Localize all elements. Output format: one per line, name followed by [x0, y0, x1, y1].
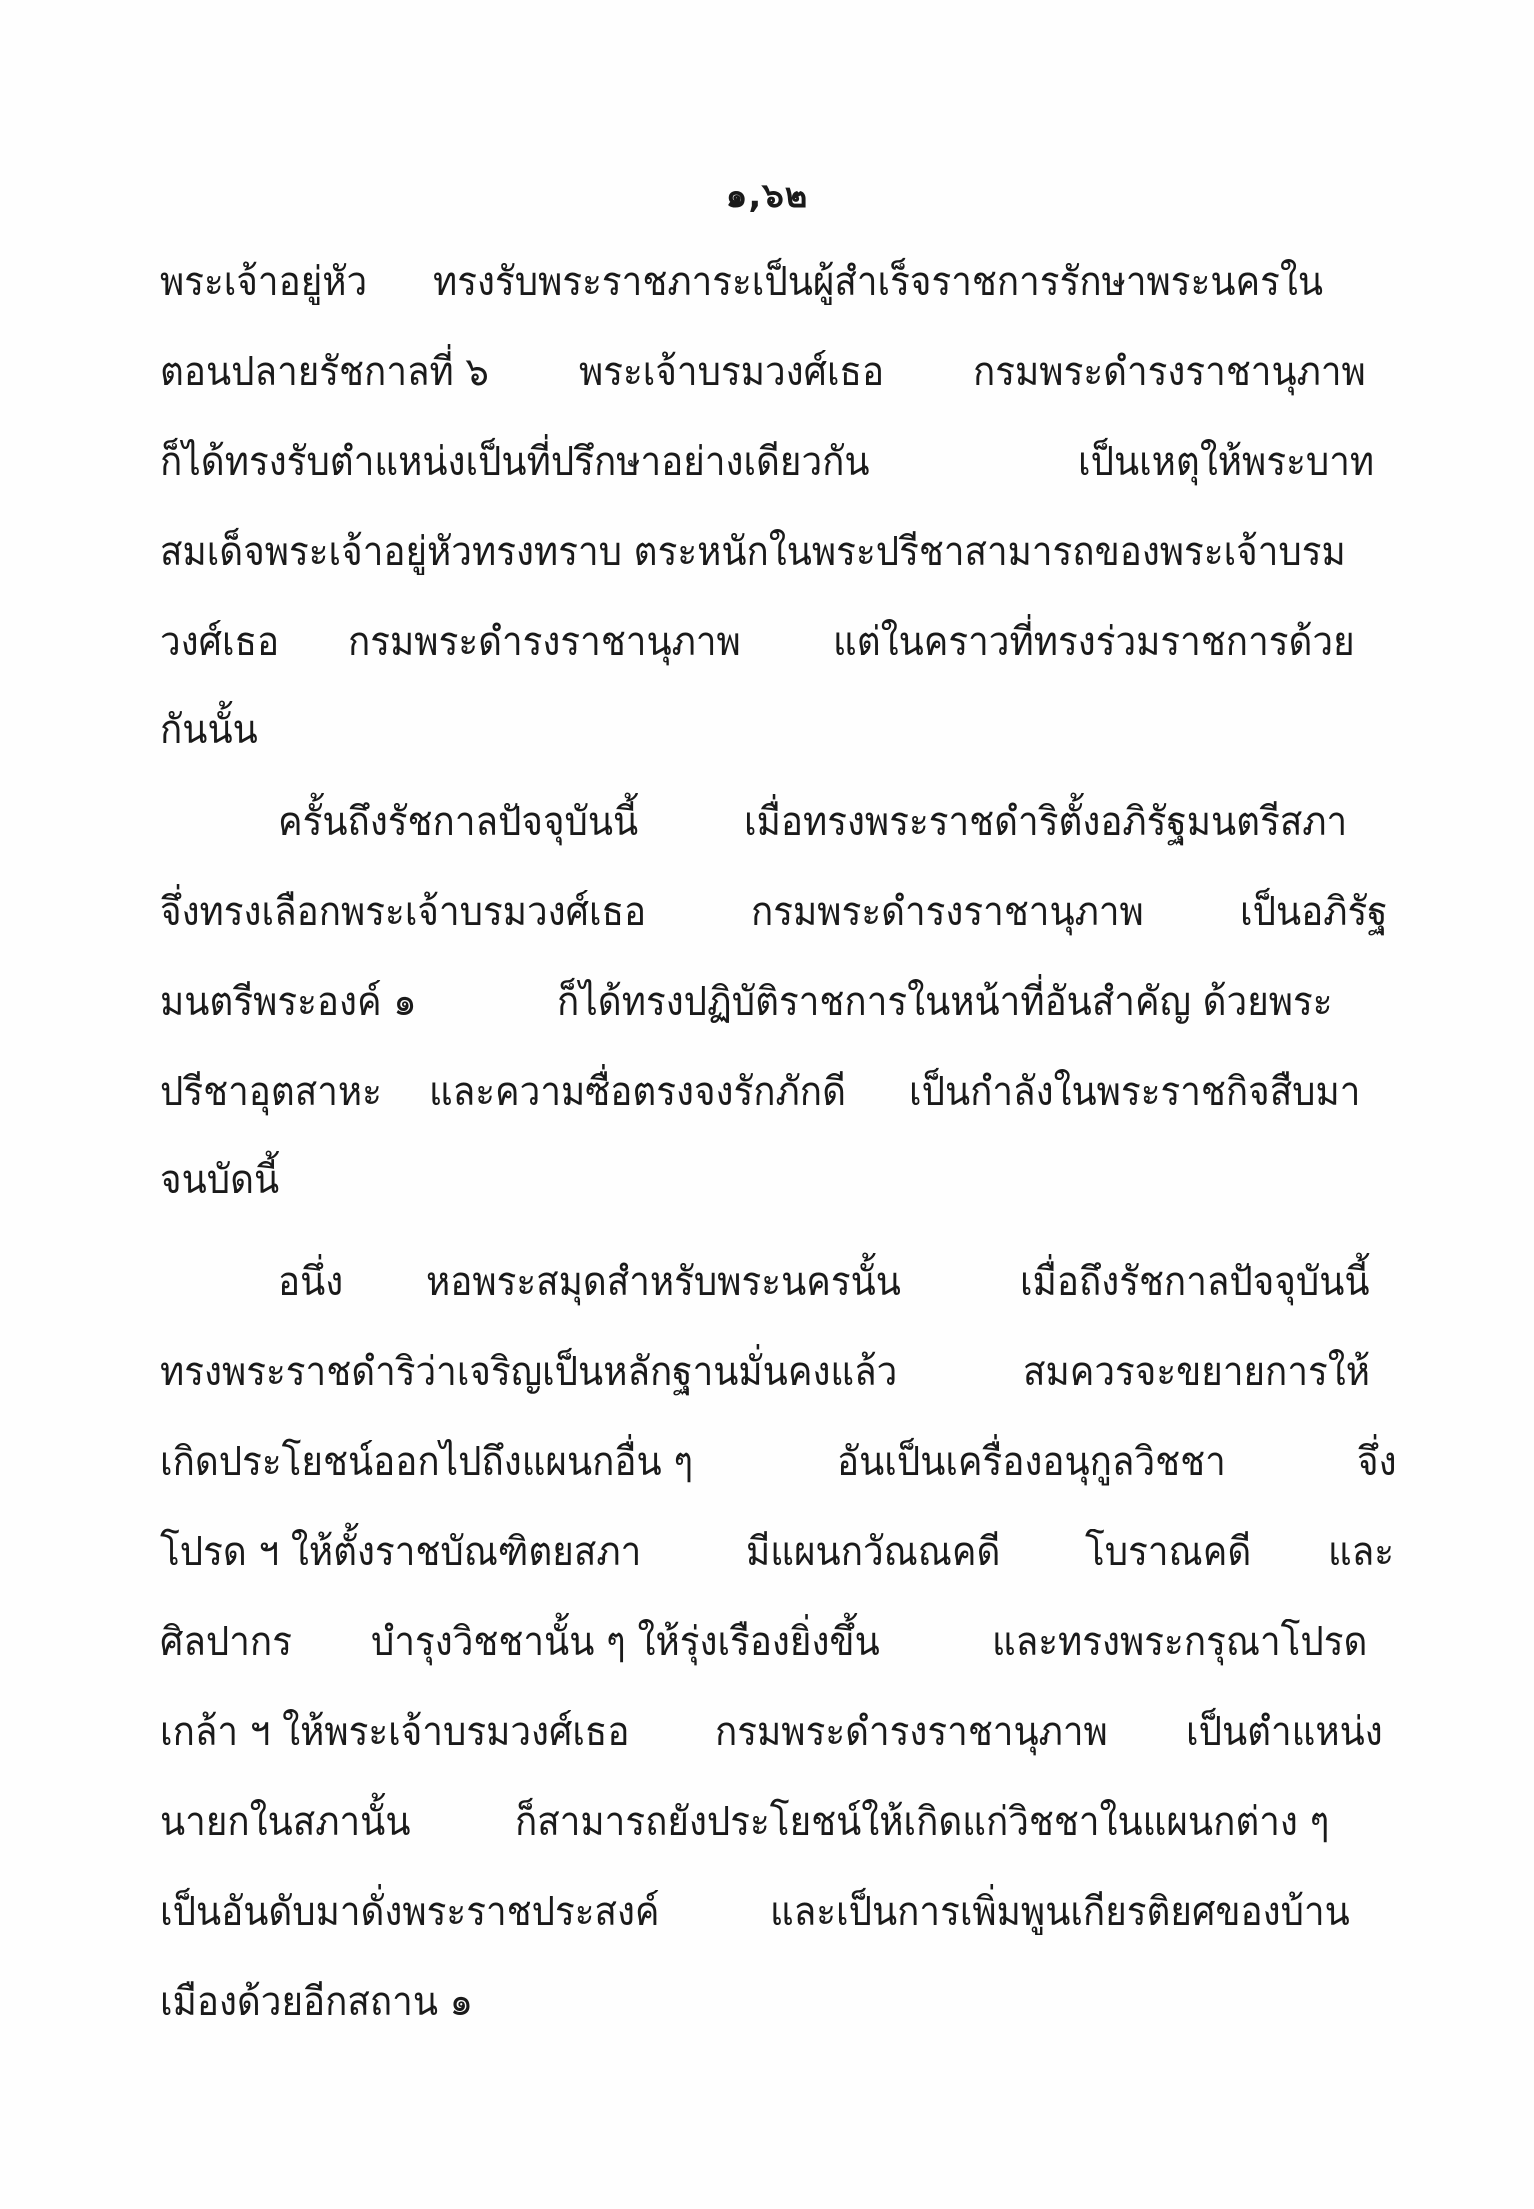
text-segment: สมควรจะขยายการให้ — [1023, 1342, 1370, 1402]
text-segment: ศิลปากร — [160, 1612, 292, 1672]
text-segment: ตอนปลายรัชกาลที่ ๖ — [160, 342, 489, 402]
text-segment: กรมพระดำรงราชานุภาพ — [348, 612, 741, 672]
text-segment: เป็นอภิรัฐ — [1240, 882, 1388, 942]
text-segment: เป็นกำลังในพระราชกิจสืบมา — [909, 1062, 1360, 1122]
text-segment: บำรุงวิชชานั้น ๆ ให้รุ่งเรืองยิ่งขึ้น — [371, 1612, 880, 1672]
text-segment: สมเด็จพระเจ้าอยู่หัวทรงทราบ ตระหนักในพระ… — [160, 522, 1346, 582]
text-segment: จนบัดนี้ — [160, 1150, 279, 1210]
text-segment: เป็นอันดับมาดั่งพระราชประสงค์ — [160, 1882, 660, 1942]
text-segment: ครั้นถึงรัชกาลปัจจุบันนี้ — [278, 792, 638, 852]
text-line: ครั้นถึงรัชกาลปัจจุบันนี้ เมื่อทรงพระราช… — [278, 792, 1400, 852]
text-line: มนตรีพระองค์ ๑ ก็ได้ทรงปฏิบัติราชการในหน… — [160, 972, 1400, 1032]
text-segment: มีแผนกวัณณคดี — [746, 1522, 1000, 1582]
text-segment: นายกในสภานั้น — [160, 1792, 410, 1852]
text-line: กันนั้น — [160, 700, 1400, 760]
scanned-page: ๑,๖๒ พระเจ้าอยู่หัว ทรงรับพระราชภาระเป็น… — [0, 0, 1534, 2209]
text-line: นายกในสภานั้น ก็สามารถยังประโยชน์ให้เกิด… — [160, 1792, 1400, 1852]
text-line: สมเด็จพระเจ้าอยู่หัวทรงทราบ ตระหนักในพระ… — [160, 522, 1400, 582]
text-line: ทรงพระราชดำริว่าเจริญเป็นหลักฐานมั่นคงแล… — [160, 1342, 1400, 1402]
text-segment: หอพระสมุดสำหรับพระนครนั้น — [426, 1252, 901, 1312]
text-segment: โบราณคดี — [1085, 1522, 1251, 1582]
text-segment: ทรงพระราชดำริว่าเจริญเป็นหลักฐานมั่นคงแล… — [160, 1342, 897, 1402]
text-segment: กรมพระดำรงราชานุภาพ — [973, 342, 1366, 402]
text-segment: เป็นตำแหน่ง — [1186, 1702, 1383, 1762]
text-segment: และ — [1328, 1522, 1394, 1582]
text-segment: เมื่อทรงพระราชดำริตั้งอภิรัฐมนตรีสภา — [744, 792, 1347, 852]
text-line: จนบัดนี้ — [160, 1150, 1400, 1210]
text-line: ก็ได้ทรงรับตำแหน่งเป็นที่ปรึกษาอย่างเดีย… — [160, 432, 1400, 492]
text-line: เป็นอันดับมาดั่งพระราชประสงค์ และเป็นการ… — [160, 1882, 1400, 1942]
text-line: ปรีชาอุตสาหะ และความซื่อตรงจงรักภักดี เป… — [160, 1062, 1400, 1122]
text-line: พระเจ้าอยู่หัว ทรงรับพระราชภาระเป็นผู้สำ… — [160, 252, 1400, 312]
text-segment: พระเจ้าอยู่หัว — [160, 252, 367, 312]
text-segment: ก็ได้ทรงปฏิบัติราชการในหน้าที่อันสำคัญ ด… — [557, 972, 1333, 1032]
text-line: โปรด ฯ ให้ตั้งราชบัณฑิตยสภา มีแผนกวัณณคด… — [160, 1522, 1400, 1582]
text-segment: พระเจ้าบรมวงศ์เธอ — [579, 342, 884, 402]
text-segment: อันเป็นเครื่องอนุกูลวิชชา — [837, 1432, 1226, 1492]
text-segment: โปรด ฯ ให้ตั้งราชบัณฑิตยสภา — [160, 1522, 641, 1582]
text-segment: และเป็นการเพิ่มพูนเกียรติยศของบ้าน — [770, 1882, 1350, 1942]
text-segment: ปรีชาอุตสาหะ — [160, 1062, 382, 1122]
text-segment: กันนั้น — [160, 700, 258, 760]
text-segment: มนตรีพระองค์ ๑ — [160, 972, 417, 1032]
text-segment: ก็สามารถยังประโยชน์ให้เกิดแก่วิชชาในแผนก… — [515, 1792, 1329, 1852]
text-segment: เกิดประโยชน์ออกไปถึงแผนกอื่น ๆ — [160, 1432, 693, 1492]
text-line: ตอนปลายรัชกาลที่ ๖ พระเจ้าบรมวงศ์เธอ กรม… — [160, 342, 1400, 402]
text-line: อนึ่ง หอพระสมุดสำหรับพระนครนั้น เมื่อถึง… — [278, 1252, 1400, 1312]
text-line: วงศ์เธอ กรมพระดำรงราชานุภาพ แต่ในคราวที่… — [160, 612, 1400, 672]
text-line: ศิลปากร บำรุงวิชชานั้น ๆ ให้รุ่งเรืองยิ่… — [160, 1612, 1400, 1672]
text-segment: กรมพระดำรงราชานุภาพ — [715, 1702, 1108, 1762]
text-segment: เป็นเหตุให้พระบาท — [1078, 432, 1374, 492]
text-segment: จึ่งทรงเลือกพระเจ้าบรมวงศ์เธอ — [160, 882, 646, 942]
text-line: เกล้า ฯ ให้พระเจ้าบรมวงศ์เธอ กรมพระดำรงร… — [160, 1702, 1400, 1762]
text-segment: ทรงรับพระราชภาระเป็นผู้สำเร็จราชการรักษา… — [433, 252, 1323, 312]
text-line: เกิดประโยชน์ออกไปถึงแผนกอื่น ๆ อันเป็นเค… — [160, 1432, 1400, 1492]
page-number: ๑,๖๒ — [0, 168, 1534, 222]
text-segment: เกล้า ฯ ให้พระเจ้าบรมวงศ์เธอ — [160, 1702, 629, 1762]
text-line: เมืองด้วยอีกสถาน ๑ — [160, 1972, 1400, 2032]
text-segment: และทรงพระกรุณาโปรด — [992, 1612, 1367, 1672]
text-segment: ก็ได้ทรงรับตำแหน่งเป็นที่ปรึกษาอย่างเดีย… — [160, 432, 870, 492]
text-segment: แต่ในคราวที่ทรงร่วมราชการด้วย — [833, 612, 1355, 672]
text-segment: เมืองด้วยอีกสถาน ๑ — [160, 1972, 473, 2032]
text-line: จึ่งทรงเลือกพระเจ้าบรมวงศ์เธอ กรมพระดำรง… — [160, 882, 1400, 942]
text-segment: และความซื่อตรงจงรักภักดี — [429, 1062, 846, 1122]
text-segment: จึ่ง — [1357, 1432, 1397, 1492]
text-segment: เมื่อถึงรัชกาลปัจจุบันนี้ — [1020, 1252, 1370, 1312]
text-segment: วงศ์เธอ — [160, 612, 279, 672]
text-segment: อนึ่ง — [278, 1252, 343, 1312]
text-segment: กรมพระดำรงราชานุภาพ — [751, 882, 1144, 942]
